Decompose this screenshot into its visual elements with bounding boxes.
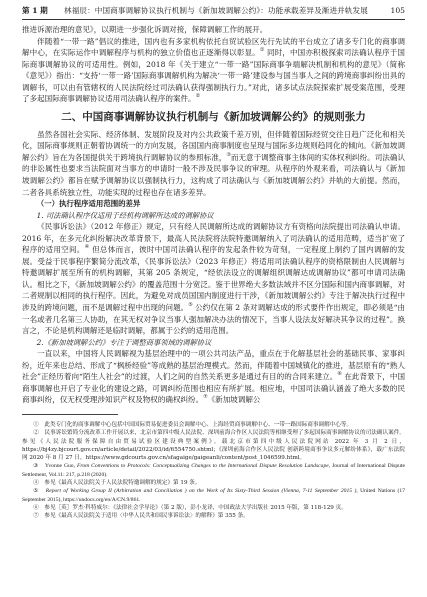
page-number: 105 <box>391 5 406 17</box>
footnote: ③ Yvonne Guo, From Conventions to Protoc… <box>22 462 405 479</box>
footnote-ref[interactable]: ② <box>196 93 200 99</box>
paragraph: 伴随着“一带一路”倡议的推进，国内也有多家机构依托自贸试验区先行先试的平台成立了… <box>22 36 405 105</box>
footnote-rule <box>22 414 118 415</box>
paragraph: 《民事诉讼法》（2012 年修正）规定，只有经人民调解所达成的调解协议方有资格向… <box>22 221 405 336</box>
footnote-number: ⑤ <box>33 488 46 494</box>
footnote-number: ③ <box>33 463 45 469</box>
footnote: ⑤ Report of Working Group II (Arbitratio… <box>22 487 405 504</box>
subsubsection-heading: 2.《新加坡调解公约》专注于调整商事领域的调解协议 <box>22 337 405 349</box>
paragraph-text: 《新加坡调解公 <box>208 395 261 404</box>
subsection-heading: （一）执行程序适用范围的差异 <box>22 198 405 210</box>
footnote: ④ 参见《最高人民法院关于人民法院特邀调解的规定》第 19 条。 <box>22 479 405 487</box>
issue-number: 第 1 期 <box>22 5 48 17</box>
footnote: ⑦ 参见《最高人民法院关于适用〈中华人民共和国民事诉讼法〉的解释》第 355 条… <box>22 512 405 520</box>
footnote-author: Yvonne Guo, <box>45 463 77 469</box>
footnote-title: Report of Working Group II (Arbitration … <box>46 488 357 494</box>
article-body: 推进诉源治理的意见》，以期进一步强化诉调对接，保障调解工作的展开。 伴随着“一带… <box>22 24 405 521</box>
section-heading: 二、中国商事调解协议执行机制与《新加坡调解公约》的规则张力 <box>22 110 405 124</box>
footnote: ① 此类专门化的商事调解中心包括中国国际贸易促进委员会调解中心、上海经贸商事调解… <box>22 421 405 429</box>
running-title: 林福辰：中国商事调解协议执行机制与《新加坡调解公约》：功能承载差异及渐进并轨发展 <box>64 5 368 17</box>
footnote: ⑥ 参见［英］罗杰·科特威尔：《法律社会学导论》（第 2 版），彭小龙译，中国政… <box>22 504 405 512</box>
paragraph: 一直以来，中国将人民调解视为基层治理中的一项公共司法产品，重点在于化解基层社会的… <box>22 348 405 406</box>
subsubsection-heading: 1. 司法确认程序仅适用于经机构调解所达成的调解协议 <box>22 210 405 222</box>
footnote: ② 民事诉讼繁简分流改革工作开展以来，北京市第四中级人民法院、深圳前海合作区人民… <box>22 429 405 462</box>
header-rule <box>22 19 405 20</box>
paragraph: 虽然各国社会实际、经济体制、发展阶段及对内公共政策千差万别，但伴随着国际经贸交往… <box>22 129 405 198</box>
footnotes: ① 此类专门化的商事调解中心包括中国国际贸易促进委员会调解中心、上海经贸商事调解… <box>22 421 405 521</box>
footnote-title: From Conventions to Protocols: Conceptua… <box>77 463 329 469</box>
running-head: 第 1 期 林福辰：中国商事调解协议执行机制与《新加坡调解公约》：功能承载差异及… <box>22 5 405 17</box>
paragraph: 推进诉源治理的意见》，以期进一步强化诉调对接，保障调解工作的展开。 <box>22 24 405 36</box>
